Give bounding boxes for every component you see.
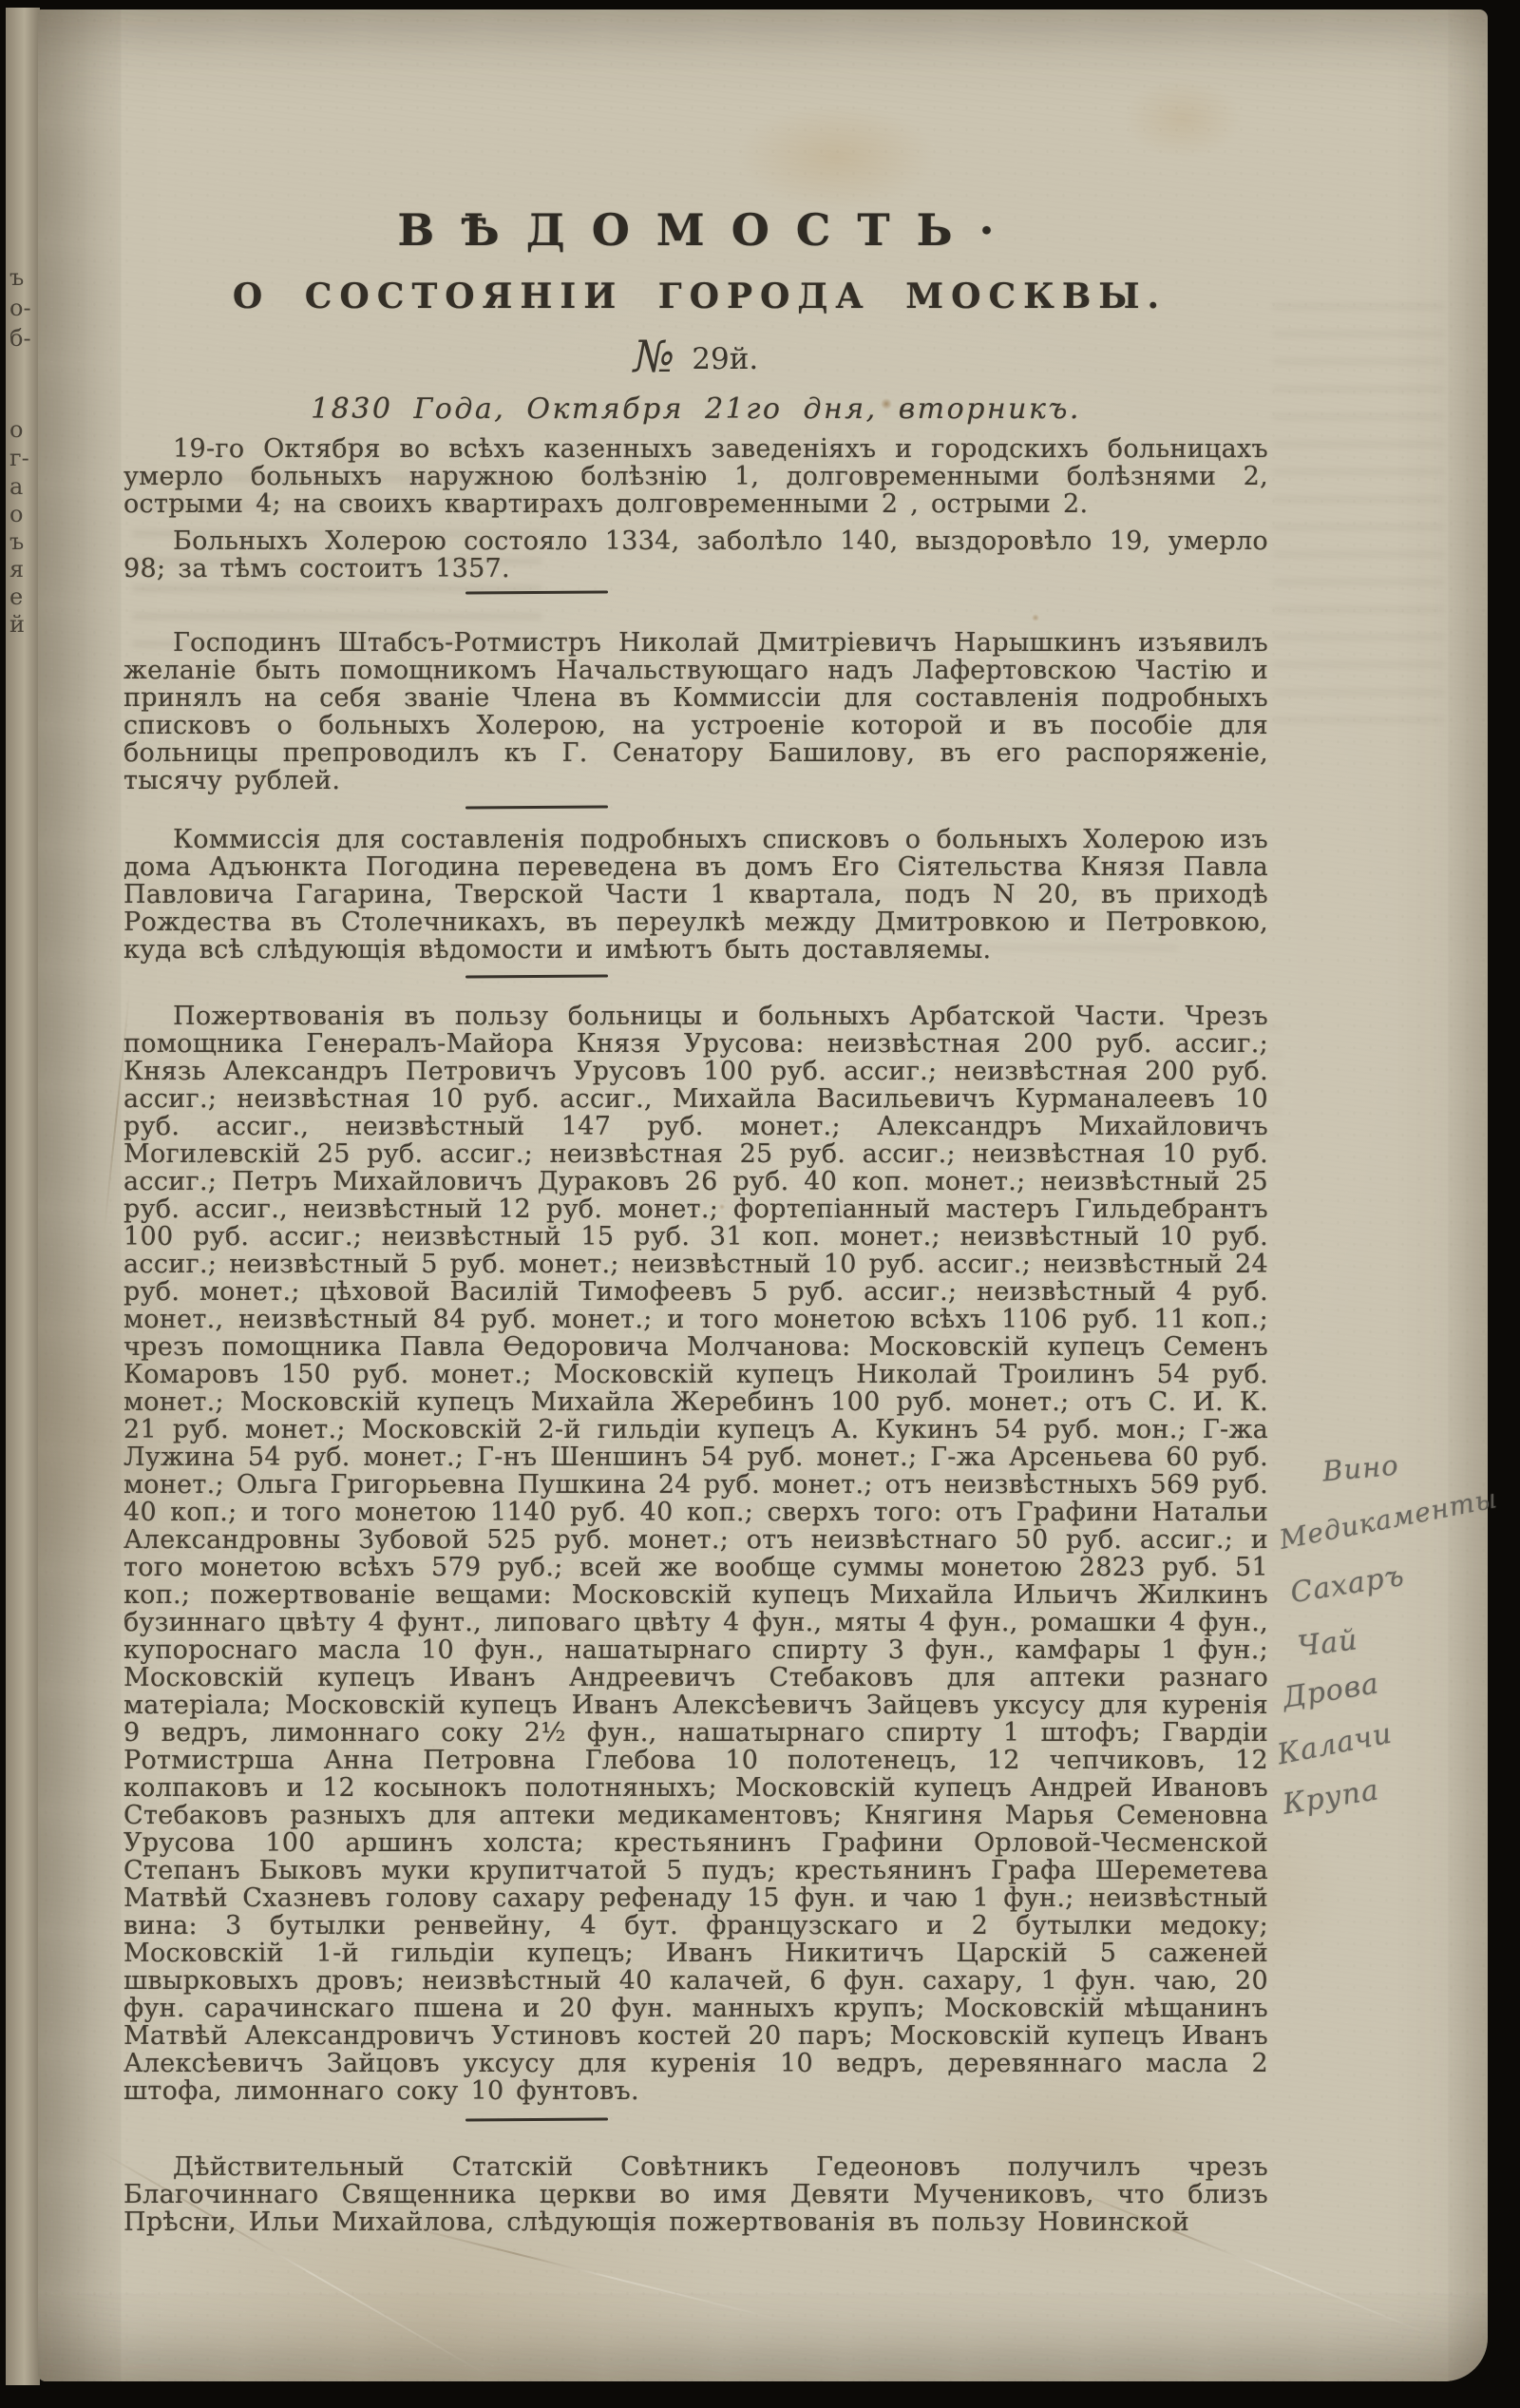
paragraph-hospital-deaths: 19-го Октября во всѣхъ казенныхъ заведен… — [123, 435, 1268, 518]
handwritten-note: Вино — [1321, 1449, 1400, 1488]
edge-text-fragment: а — [9, 475, 23, 498]
issue-number-line: №29й. — [123, 328, 1268, 379]
edge-text-fragment: г- — [9, 447, 29, 469]
edge-text-fragment: е — [9, 585, 23, 608]
masthead: ВѢДОМОСТЬ· О СОСТОЯНІИ ГОРОДА МОСКВЫ. №2… — [123, 204, 1268, 426]
numero-sign: № — [634, 331, 675, 382]
paragraph-cholera-statistics: Больныхъ Холерою состояло 1334, заболѣло… — [123, 527, 1268, 583]
masthead-title: ВѢДОМОСТЬ· — [123, 204, 1268, 256]
dateline: 1830 Года, Октября 21го дня, вторникъ. — [123, 392, 1268, 426]
document-scan: ъ о- б- о г- а о ъ я е й ВѢДОМОСТЬ· О СО… — [0, 0, 1520, 2408]
edge-text-fragment: б- — [9, 327, 31, 350]
facing-page-edge: ъ о- б- о г- а о ъ я е й — [6, 8, 40, 2385]
page: ВѢДОМОСТЬ· О СОСТОЯНІИ ГОРОДА МОСКВЫ. №2… — [38, 10, 1488, 2381]
edge-text-fragment: ъ — [9, 530, 24, 553]
body-text: 19-го Октября во всѣхъ казенныхъ заведен… — [123, 435, 1268, 2236]
section-divider — [465, 805, 608, 809]
paragraph-naryshkin-donation: Господинъ Штабсъ-Ротмистръ Николай Дмитр… — [123, 629, 1268, 794]
edge-text-fragment: й — [9, 613, 25, 636]
edge-text-fragment: о — [9, 418, 23, 441]
paragraph-donations-list: Пожертвованія въ пользу больницы и больн… — [123, 1003, 1268, 2105]
show-through-text — [1273, 285, 1444, 732]
masthead-subtitle: О СОСТОЯНІИ ГОРОДА МОСКВЫ. — [123, 277, 1268, 316]
edge-text-fragment: я — [9, 558, 24, 581]
edge-text-fragment: о- — [9, 296, 31, 319]
edge-text-fragment: о — [9, 503, 23, 526]
section-divider — [465, 974, 608, 978]
paragraph-commission-relocation: Коммиссія для составленія подробныхъ спи… — [123, 826, 1268, 964]
paragraph-gedeonov: Дѣйствительный Статскій Совѣтникъ Гедеон… — [123, 2153, 1268, 2236]
section-divider — [465, 590, 608, 594]
issue-number: 29й. — [692, 342, 758, 376]
section-divider — [465, 2117, 608, 2121]
edge-text-fragment: ъ — [9, 266, 24, 289]
paper-crease — [399, 2224, 787, 2322]
